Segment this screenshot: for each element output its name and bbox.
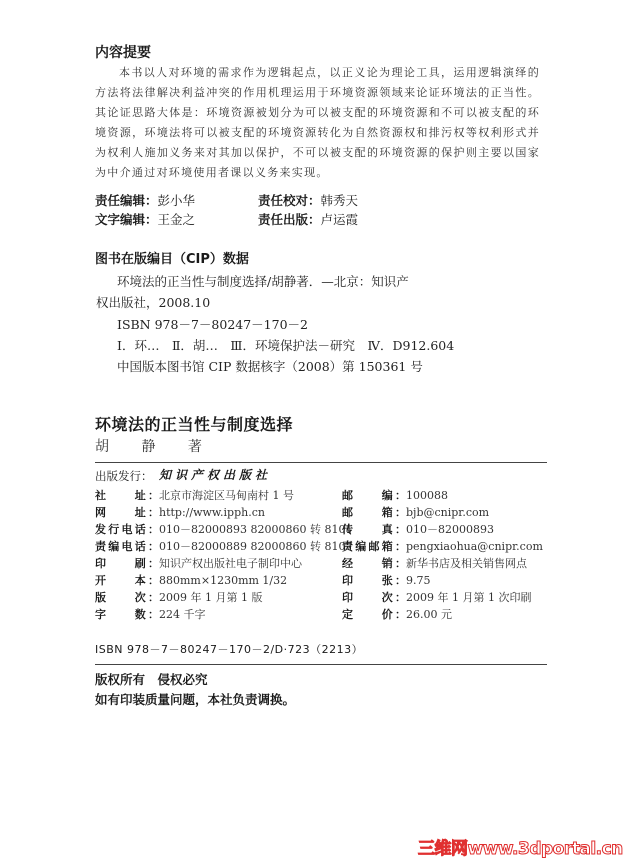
detail-row: 版 次：2009 年 1 月第 1 版 <box>95 589 262 605</box>
cip-line: 中国版本图书馆 CIP 数据核字（2008）第 150361 号 <box>117 357 423 375</box>
staff-editor: 责任编辑：彭小华 <box>95 191 195 209</box>
detail-row: 邮 箱：bjb@cnipr.com <box>342 504 489 520</box>
rights-statement: 版权所有 侵权必究 <box>95 670 208 688</box>
cip-title: 图书在版编目（CIP）数据 <box>95 248 249 267</box>
detail-row: 传 真：010－82000893 <box>342 521 494 537</box>
detail-row: 社 址：北京市海淀区马甸南村 1 号 <box>95 487 294 503</box>
publisher-name: 知识产权出版社 <box>159 466 271 483</box>
detail-row: 经 销：新华书店及相关销售网点 <box>342 555 527 571</box>
detail-row: 责编电话：010－82000889 82000860 转 8107 <box>95 538 352 554</box>
divider <box>95 462 547 463</box>
summary-body: 本书以人对环境的需求作为逻辑起点，以正义论为理论工具，运用逻辑演绎的方法将法律解… <box>95 63 540 183</box>
detail-row: 发行电话：010－82000893 82000860 转 8101 <box>95 521 352 537</box>
detail-row: 印 刷：知识产权出版社电子制印中心 <box>95 555 302 571</box>
cip-line: Ⅰ．环… Ⅱ．胡… Ⅲ．环境保护法－研究 Ⅳ．D912.604 <box>117 336 454 354</box>
detail-row: 印 次：2009 年 1 月第 1 次印刷 <box>342 589 531 605</box>
divider <box>95 664 547 665</box>
summary-title: 内容提要 <box>95 42 151 62</box>
detail-row: 邮 编：100088 <box>342 487 448 503</box>
detail-row: 网 址：http://www.ipph.cn <box>95 504 265 520</box>
staff-proofreader: 责任校对：韩秀天 <box>258 191 358 209</box>
detail-row: 开 本：880mm×1230mm 1/32 <box>95 572 287 588</box>
book-author: 胡 静 著 <box>95 436 216 456</box>
detail-row: 印 张：9.75 <box>342 572 431 588</box>
isbn-full: ISBN 978－7－80247－170－2/D·723（2213） <box>95 641 363 657</box>
book-title: 环境法的正当性与制度选择 <box>95 412 293 435</box>
staff-text-editor: 文字编辑：王金之 <box>95 210 195 228</box>
cip-line: 权出版社，2008.10 <box>96 293 210 311</box>
detail-row: 定 价：26.00 元 <box>342 606 452 622</box>
quality-notice: 如有印装质量问题，本社负责调换。 <box>95 690 295 708</box>
cip-line: 环境法的正当性与制度选择/胡静著．—北京：知识产 <box>117 272 409 290</box>
staff-publishing: 责任出版：卢运霞 <box>258 210 358 228</box>
publisher-label: 出版发行： <box>95 468 153 484</box>
watermark: 三维网www.3dportal.cn <box>418 834 623 859</box>
cip-line: ISBN 978－7－80247－170－2 <box>117 315 308 333</box>
detail-row: 字 数：224 千字 <box>95 606 206 622</box>
detail-row: 责编邮箱：pengxiaohua@cnipr.com <box>342 538 543 554</box>
